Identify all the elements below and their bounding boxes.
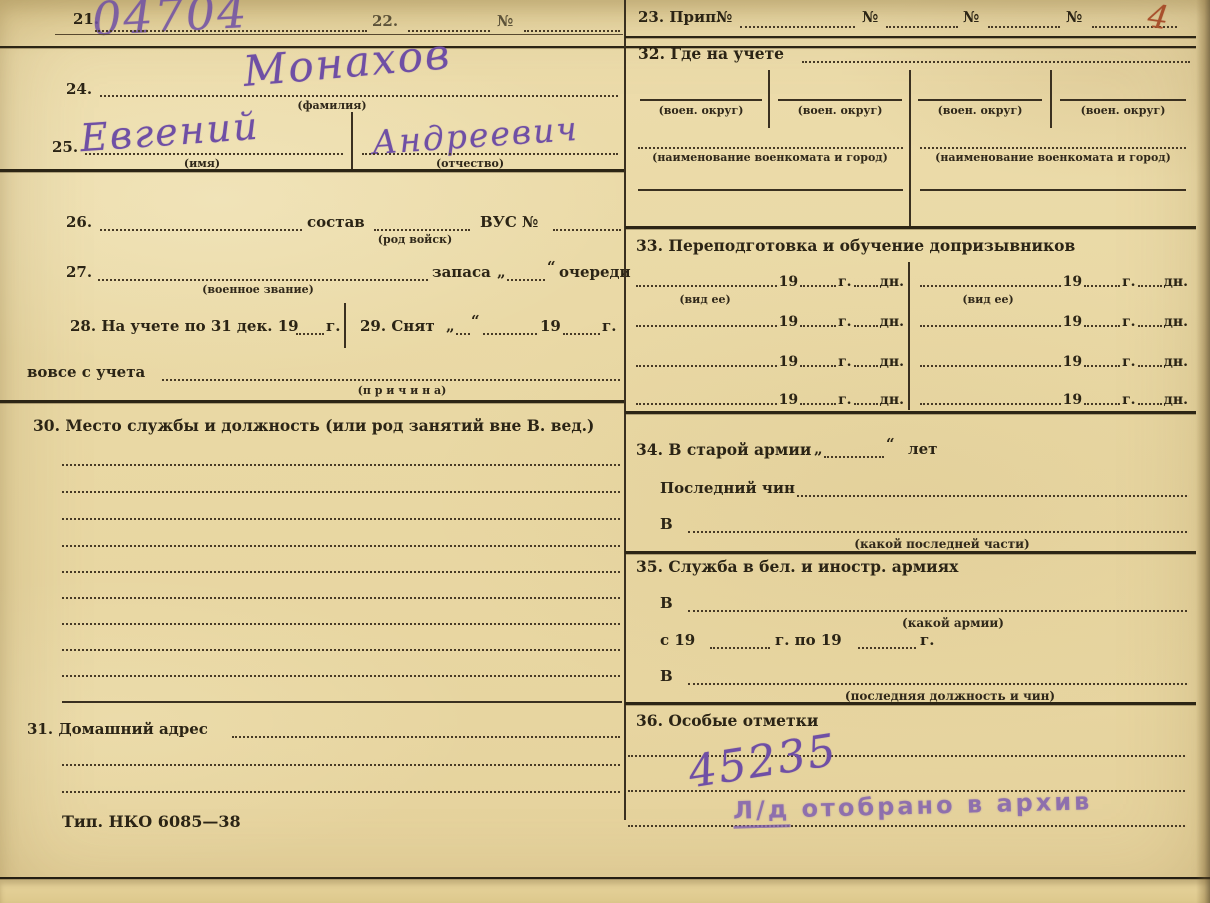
write-in-line	[62, 675, 620, 677]
vus-label: ВУС №	[480, 213, 538, 231]
ocheredi-label: очереди	[559, 263, 631, 281]
military-district-caption: (воен. округ)	[1081, 104, 1166, 117]
section-divider	[625, 411, 1196, 414]
close-quote: “	[886, 435, 895, 453]
commissariat-caption: (наименование военкомата и город)	[935, 151, 1171, 164]
dotted-line	[1084, 365, 1120, 367]
v-label: В	[660, 594, 673, 612]
dotted-line	[483, 333, 537, 335]
write-in-line	[62, 491, 620, 493]
year-suffix: г.	[1120, 274, 1137, 290]
write-in-line	[636, 365, 777, 367]
training-row: 19г.дн.	[920, 310, 1190, 330]
field-25-number: 25.	[52, 138, 78, 156]
section-divider	[625, 702, 1196, 705]
days-suffix: дн.	[878, 392, 906, 408]
dotted-line	[802, 61, 1190, 63]
dotted-line	[1138, 365, 1162, 367]
dotted-line	[854, 365, 878, 367]
cell-divider	[908, 262, 910, 410]
days-suffix: дн.	[1162, 314, 1190, 330]
days-suffix: дн.	[878, 354, 906, 370]
field-23-label: 23. Прип.	[638, 8, 721, 26]
handwritten-red-mark: 4	[1145, 0, 1172, 37]
days-suffix: дн.	[878, 274, 906, 290]
handwritten-first-name: Евгений	[79, 104, 261, 160]
training-row: 19г.дн.	[920, 270, 1190, 290]
training-type-caption: (вид ее)	[679, 293, 730, 306]
military-district-caption: (воен. округ)	[938, 104, 1023, 117]
last-position-caption: (последняя должность и чин)	[845, 689, 1055, 703]
year-suffix: г.	[836, 354, 853, 370]
year-19: 19	[777, 392, 800, 408]
field-27-number: 27.	[66, 263, 92, 281]
field-35-title: 35. Служба в бел. и иностр. армиях	[636, 557, 958, 576]
write-in-line	[232, 736, 620, 738]
vovse-label: вовсе с учета	[27, 363, 145, 381]
print-shop-footer: Тип. НКО 6085—38	[62, 812, 241, 831]
reason-caption: (п р и ч и н а)	[358, 384, 447, 397]
dotted-line	[710, 647, 770, 649]
dotted-line	[854, 403, 878, 405]
write-in-line	[62, 571, 620, 573]
surname-caption: (фамилия)	[297, 99, 366, 112]
write-in-line	[920, 147, 1186, 149]
year-suffix: г.	[1120, 354, 1137, 370]
year-19: 19	[1061, 274, 1084, 290]
write-in-line	[62, 518, 620, 520]
dotted-line	[95, 30, 367, 32]
card-bottom-edge	[0, 877, 1210, 879]
last-unit-caption: (какой последней части)	[854, 537, 1029, 551]
days-suffix: дн.	[1162, 392, 1190, 408]
field-36-title: 36. Особые отметки	[636, 711, 818, 730]
numero-sign: №	[1066, 8, 1082, 26]
write-in-line	[688, 531, 1187, 533]
handwritten-card-number: 04704	[91, 0, 250, 46]
dotted-line	[1084, 285, 1120, 287]
training-row: 19г.дн.	[636, 388, 906, 408]
year-19: 19	[777, 274, 800, 290]
field-22-number: 22.	[372, 12, 398, 30]
dotted-line	[800, 403, 836, 405]
dotted-line	[162, 379, 620, 381]
dotted-line	[740, 26, 855, 28]
patronymic-line	[362, 153, 618, 155]
write-in-line	[62, 597, 620, 599]
write-in-line	[797, 495, 1187, 497]
v-label: В	[660, 515, 673, 533]
stamp-ld-part: Л/д	[733, 795, 791, 828]
dotted-line	[854, 285, 878, 287]
write-in-line	[62, 791, 620, 793]
dotted-line	[824, 456, 884, 458]
write-in-line	[920, 285, 1061, 287]
year-19: 19	[540, 317, 561, 335]
section-divider	[0, 169, 625, 172]
open-quote: „	[446, 317, 455, 335]
commissariat-caption: (наименование военкомата и город)	[652, 151, 888, 164]
section-divider	[625, 226, 1196, 229]
write-in-line	[1060, 99, 1186, 101]
dotted-line	[988, 26, 1060, 28]
write-in-line	[920, 189, 1186, 191]
training-row: 19г.дн.	[920, 388, 1190, 408]
dotted-line	[1138, 325, 1162, 327]
dotted-line	[800, 285, 836, 287]
dotted-line	[456, 333, 470, 335]
write-in-line	[636, 403, 777, 405]
write-in-line	[778, 99, 902, 101]
section-divider	[625, 36, 1196, 38]
close-quote: “	[471, 312, 480, 330]
dotted-line	[553, 229, 621, 231]
dotted-line	[100, 229, 302, 231]
write-in-line	[62, 764, 620, 766]
cell-divider	[909, 70, 911, 228]
to-year-label: г. по 19	[775, 631, 842, 649]
dotted-line	[1138, 285, 1162, 287]
days-suffix: дн.	[1162, 274, 1190, 290]
surname-line	[100, 95, 618, 97]
field-33-title: 33. Переподготовка и обучение допризывни…	[636, 236, 1075, 255]
years-label: лет	[908, 440, 937, 458]
cell-divider	[344, 303, 346, 348]
military-district-caption: (воен. округ)	[659, 104, 744, 117]
year-suffix: г.	[836, 314, 853, 330]
archive-stamp: Л/д отобрано в архив	[733, 787, 1093, 824]
underlying-page-edge	[0, 880, 1210, 903]
cell-divider	[768, 70, 770, 128]
numero-sign: №	[497, 12, 513, 30]
write-in-line	[640, 99, 762, 101]
section-divider	[0, 400, 625, 403]
write-in-line	[62, 545, 620, 547]
write-in-line	[638, 189, 903, 191]
write-in-line	[920, 365, 1061, 367]
troop-type-caption: (род войск)	[378, 233, 452, 246]
handwritten-archive-number: 45235	[685, 725, 841, 799]
sostav-label: состав	[307, 213, 365, 231]
dotted-line	[98, 279, 428, 281]
military-district-caption: (воен. округ)	[798, 104, 883, 117]
training-row: 19г.дн.	[920, 350, 1190, 370]
dotted-line	[854, 325, 878, 327]
year-suffix: г.	[1120, 314, 1137, 330]
scan-right-edge-shadow	[1196, 0, 1210, 903]
numero-sign: №	[963, 8, 979, 26]
field-26-number: 26.	[66, 213, 92, 231]
write-in-line	[62, 464, 620, 466]
year-suffix: г.	[920, 631, 934, 649]
rule-line	[62, 701, 622, 703]
which-army-caption: (какой армии)	[902, 616, 1004, 630]
military-rank-caption: (военное звание)	[202, 283, 314, 296]
section-divider	[625, 551, 1196, 554]
open-quote: „	[497, 263, 506, 281]
rule-line	[55, 34, 623, 35]
write-in-line	[688, 610, 1187, 612]
write-in-line	[920, 403, 1061, 405]
training-row: 19г.дн.	[636, 350, 906, 370]
field-28-label: 28. На учете по 31 дек. 19	[70, 317, 299, 335]
write-in-line	[688, 683, 1187, 685]
open-quote: „	[814, 440, 823, 458]
year-19: 19	[1061, 354, 1084, 370]
year-19: 19	[777, 314, 800, 330]
write-in-line	[918, 99, 1042, 101]
field-32-title: 32. Где на учете	[638, 44, 784, 63]
dotted-line	[563, 333, 600, 335]
dotted-line	[858, 647, 916, 649]
field-31-label: 31. Домашний адрес	[27, 720, 208, 738]
training-row: 19г.дн.	[636, 270, 906, 290]
year-suffix: г.	[836, 392, 853, 408]
year-suffix: г.	[836, 274, 853, 290]
write-in-line	[628, 825, 1185, 827]
year-suffix: г.	[1120, 392, 1137, 408]
section-divider	[0, 46, 1196, 48]
dotted-line	[800, 365, 836, 367]
training-row: 19г.дн.	[636, 310, 906, 330]
handwritten-surname: Монахов	[241, 29, 453, 96]
write-in-line	[636, 285, 777, 287]
v-label: В	[660, 667, 673, 685]
from-year-label: с 19	[660, 631, 695, 649]
dotted-line	[507, 279, 545, 281]
write-in-line	[638, 147, 903, 149]
dotted-line	[886, 26, 958, 28]
write-in-line	[62, 649, 620, 651]
write-in-line	[636, 325, 777, 327]
dotted-line	[1084, 325, 1120, 327]
cell-divider	[351, 112, 353, 170]
dotted-line	[1084, 403, 1120, 405]
name-line	[85, 153, 343, 155]
training-type-caption: (вид ее)	[962, 293, 1013, 306]
year-19: 19	[1061, 314, 1084, 330]
field-24-number: 24.	[66, 80, 92, 98]
dotted-line	[524, 30, 620, 32]
dotted-line	[374, 229, 470, 231]
cell-divider	[1050, 70, 1052, 128]
days-suffix: дн.	[878, 314, 906, 330]
write-in-line	[920, 325, 1061, 327]
zapasa-label: запаса	[432, 263, 491, 281]
field-34-title: 34. В старой армии	[636, 440, 811, 459]
days-suffix: дн.	[1162, 354, 1190, 370]
field-30-title: 30. Место службы и должность (или род за…	[33, 416, 594, 435]
close-quote: “	[547, 258, 556, 276]
numero-sign: №	[862, 8, 878, 26]
dotted-line	[800, 325, 836, 327]
dotted-line	[296, 333, 324, 335]
field-29-label: 29. Снят	[360, 317, 435, 335]
last-rank-label: Последний чин	[660, 479, 795, 497]
registration-card-scan: 21. 04704 22. № 24. (фамилия) Монахов 25…	[0, 0, 1210, 903]
dotted-line	[1138, 403, 1162, 405]
year-19: 19	[1061, 392, 1084, 408]
year-suffix: г.	[326, 317, 340, 335]
write-in-line	[62, 623, 620, 625]
year-suffix: г.	[602, 317, 616, 335]
stamp-text-part: отобрано в архив	[801, 787, 1092, 823]
year-19: 19	[777, 354, 800, 370]
numero-sign: №	[716, 8, 732, 26]
main-column-divider	[624, 0, 626, 820]
